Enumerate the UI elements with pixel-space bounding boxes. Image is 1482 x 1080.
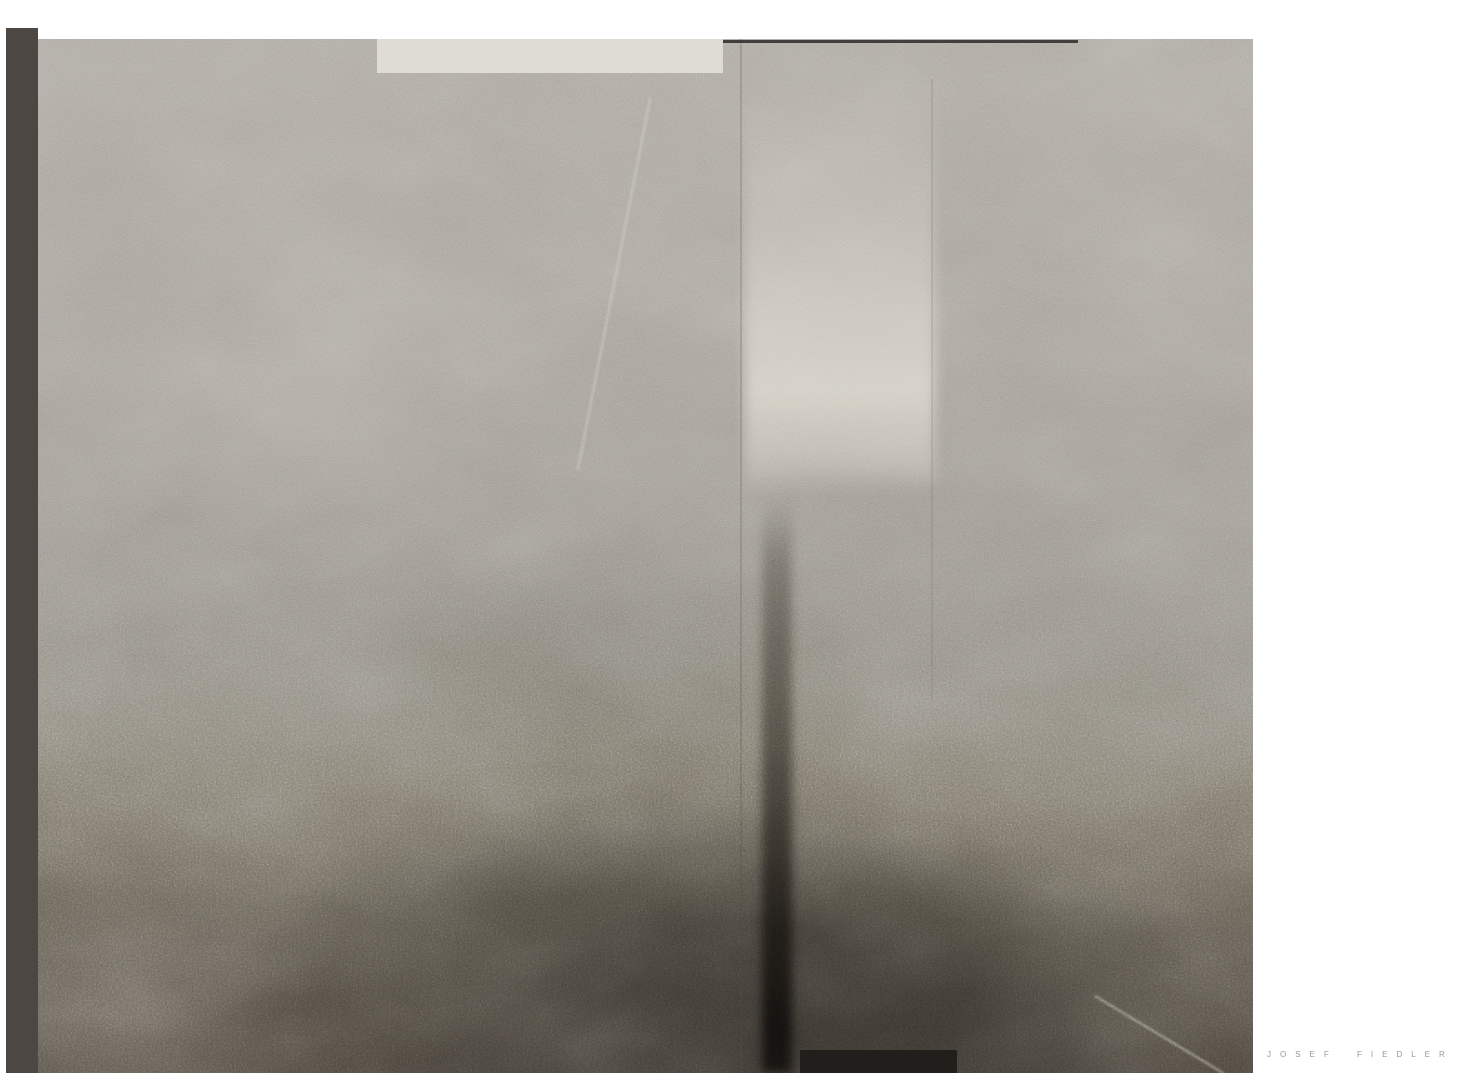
book-spine-bar	[6, 28, 38, 1073]
artist-credit: JOSEF FIEDLER	[1267, 1050, 1454, 1059]
dark-top-edge-line	[723, 40, 1078, 43]
black-rectangle	[800, 1050, 957, 1073]
grain-texture-bottom-layer	[38, 39, 1253, 1073]
book-page: JOSEF FIEDLER	[0, 0, 1482, 1080]
tape-label	[377, 39, 723, 73]
artwork-photo	[38, 39, 1253, 1073]
